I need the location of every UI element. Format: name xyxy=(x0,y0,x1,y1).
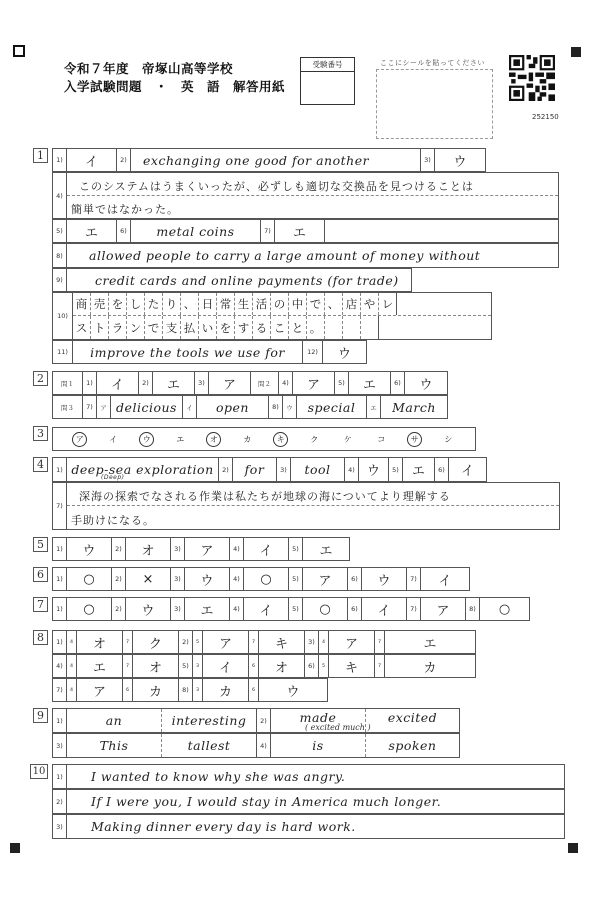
q7-answer-6[interactable]: イ xyxy=(362,598,407,620)
q4-row-1-6: 1) deep-sea exploration (Deep) 2) for 3)… xyxy=(52,457,487,482)
q6-answer-6[interactable]: ウ xyxy=(362,568,407,590)
q7-answer-4[interactable]: イ xyxy=(244,598,289,620)
q3-option-a-circled[interactable]: ア xyxy=(72,432,87,447)
q1-answer-9[interactable]: credit cards and online payments (for tr… xyxy=(67,269,411,291)
grid-char: ト xyxy=(91,316,109,339)
q6-label-2: 2) xyxy=(112,568,126,590)
q9-answer-3b[interactable]: tallest xyxy=(162,734,257,757)
q2-group1-label: 問１ xyxy=(53,372,83,394)
question-number-4: 4 xyxy=(33,457,48,472)
q1-label-12: 12) xyxy=(303,341,323,363)
q5-label-2: 2) xyxy=(112,538,126,560)
question-number-8: 8 xyxy=(33,630,48,645)
q5-label-4: 4) xyxy=(230,538,244,560)
q8-8-answer-2[interactable]: ウ xyxy=(259,679,327,701)
q4-answer-7[interactable]: 深海の探索でなされる作業は私たちが地球の海についてより理解する 手助けになる。 xyxy=(67,483,559,529)
q5-label-3: 3) xyxy=(171,538,185,560)
q4-row-7: 7) 深海の探索でなされる作業は私たちが地球の海についてより理解する 手助けにな… xyxy=(52,482,560,530)
q9-label-3: 3) xyxy=(53,734,67,757)
q8-4-pos2: 7 xyxy=(123,655,133,677)
q3-option-sa-circled[interactable]: サ xyxy=(407,432,422,447)
q5-row: 1) ウ 2) オ 3) ア 4) イ 5) エ xyxy=(52,537,350,561)
question-number-7: 7 xyxy=(33,597,48,612)
q10-answer-2[interactable]: If I were you, I would stay in America m… xyxy=(67,790,564,813)
q2-answer-6[interactable]: ウ xyxy=(405,372,447,394)
q3-option-i[interactable]: イ xyxy=(106,432,121,447)
q1-row-10: 10) 商 売 を し た り 、 日 常 生 活 の 中 で 、 店 や レ … xyxy=(52,292,492,340)
q5-answer-4[interactable]: イ xyxy=(244,538,289,560)
q6-answer-7[interactable]: イ xyxy=(421,568,469,590)
q2-label-7: 7) xyxy=(83,396,97,418)
q6-answer-2[interactable]: × xyxy=(126,568,171,590)
q4-label-3: 3) xyxy=(277,458,291,481)
q2-8-sub-u: ウ xyxy=(283,396,297,418)
q9-answer-1b[interactable]: interesting xyxy=(162,709,257,732)
grid-char: 払 xyxy=(181,316,199,339)
q4-answer-1-note: (Deep) xyxy=(101,474,125,481)
q1-label-11: 11) xyxy=(53,341,73,363)
grid-char: 売 xyxy=(91,293,109,315)
grid-char: の xyxy=(271,293,289,315)
q8-7-answer-2[interactable]: カ xyxy=(133,679,179,701)
question-number-1: 1 xyxy=(33,148,48,163)
q9-answer-2b[interactable]: excited xyxy=(366,709,459,732)
q2-7-sub-a: ア xyxy=(97,396,111,418)
q7-answer-2[interactable]: ウ xyxy=(126,598,171,620)
q6-label-6: 6) xyxy=(348,568,362,590)
grid-char: を xyxy=(217,316,235,339)
q10-label-3: 3) xyxy=(53,815,67,838)
q7-row: 1) ○ 2) ウ 3) エ 4) イ 5) ○ 6) イ 7) ア 8) ○ xyxy=(52,597,530,621)
q9-label-1: 1) xyxy=(53,709,67,732)
q1-label-9: 9) xyxy=(53,269,67,291)
q1-answer-11[interactable]: improve the tools we use for xyxy=(73,341,303,363)
q8-2-answer-1[interactable]: ア xyxy=(203,631,249,653)
q8-5-pos2: 6 xyxy=(249,655,259,677)
q1-answer-4-line1: このシステムはうまくいったが、必ずしも適切な交換品を見つけることは xyxy=(67,173,558,196)
q4-answer-3[interactable]: tool xyxy=(291,458,345,481)
q8-2-answer-2[interactable]: キ xyxy=(259,631,305,653)
q6-label-7: 7) xyxy=(407,568,421,590)
exam-number-label: 受験番号 xyxy=(301,58,354,72)
exam-title-line1: 令和７年度 帝塚山高等学校 xyxy=(64,59,233,77)
q7-label-1: 1) xyxy=(53,598,67,620)
qr-code-icon xyxy=(509,55,555,101)
q5-label-5: 5) xyxy=(289,538,303,560)
q2-label-6: 6) xyxy=(391,372,405,394)
q1-answer-10-row1: 商 売 を し た り 、 日 常 生 活 の 中 で 、 店 や レ xyxy=(73,293,491,316)
q8-7-pos1: 4 xyxy=(67,679,77,701)
q7-answer-3[interactable]: エ xyxy=(185,598,230,620)
q8-8-pos2: 6 xyxy=(249,679,259,701)
q5-answer-3[interactable]: ア xyxy=(185,538,230,560)
q10-label-2: 2) xyxy=(53,790,67,813)
q7-label-3: 3) xyxy=(171,598,185,620)
q4-label-1: 1) xyxy=(53,458,67,481)
q2-label-1: 1) xyxy=(83,372,97,394)
grid-char: こ xyxy=(271,316,289,339)
q3-option-ka[interactable]: カ xyxy=(240,432,255,447)
q8-5-answer-1[interactable]: イ xyxy=(203,655,249,677)
q8-row-2: 4) 4 エ 7 オ 5) 3 イ 6 オ 6) 5 キ 7 カ xyxy=(52,654,476,678)
q1-answer-2[interactable]: exchanging one good for another xyxy=(131,149,421,171)
q9-label-2: 2) xyxy=(257,709,271,732)
q3-option-ko[interactable]: コ xyxy=(374,432,389,447)
q8-label-5: 5) xyxy=(179,655,193,677)
q1-label-1: 1) xyxy=(53,149,67,171)
q8-6-pos1: 5 xyxy=(319,655,329,677)
q4-label-2: 2) xyxy=(219,458,233,481)
grid-char: ス xyxy=(73,316,91,339)
q2-label-5: 5) xyxy=(335,372,349,394)
grid-char: ン xyxy=(127,316,145,339)
q10-row-1: 1) I wanted to know why she was angry. xyxy=(52,764,565,789)
grid-char: る xyxy=(253,316,271,339)
q1-answer-3[interactable]: ウ xyxy=(435,149,485,171)
q3-option-ke[interactable]: ケ xyxy=(340,432,355,447)
q6-label-1: 1) xyxy=(53,568,67,590)
q7-label-2: 2) xyxy=(112,598,126,620)
q10-answer-1[interactable]: I wanted to know why she was angry. xyxy=(67,765,564,788)
q6-answer-5[interactable]: ア xyxy=(303,568,348,590)
q6-row: 1) ○ 2) × 3) ウ 4) ○ 5) ア 6) ウ 7) イ xyxy=(52,567,470,591)
q1-row-5-7-blank xyxy=(325,220,558,242)
q1-row-11-12: 11) improve the tools we use for 12) ウ xyxy=(52,340,367,364)
grid-char: 、 xyxy=(325,293,343,315)
q1-label-8: 8) xyxy=(53,244,67,267)
q4-label-5: 5) xyxy=(389,458,403,481)
q8-3-pos1: 4 xyxy=(319,631,329,653)
q9-row-2: 3) This tallest 4) is spoken xyxy=(52,733,460,758)
q7-label-6: 6) xyxy=(348,598,362,620)
q8-label-6: 6) xyxy=(305,655,319,677)
q1-row-1-3: 1) イ 2) exchanging one good for another … xyxy=(52,148,486,172)
q6-answer-1[interactable]: ○ xyxy=(67,568,112,590)
q1-answer-10-grid[interactable]: 商 売 を し た り 、 日 常 生 活 の 中 で 、 店 や レ ス ト … xyxy=(73,293,491,339)
q2-7-sub-i: イ xyxy=(183,396,197,418)
q7-label-8: 8) xyxy=(466,598,480,620)
q8-8-answer-1[interactable]: カ xyxy=(203,679,249,701)
q2-8-sub-e: エ xyxy=(367,396,381,418)
q2-answer-5[interactable]: エ xyxy=(349,372,391,394)
q8-4-answer-1[interactable]: エ xyxy=(77,655,123,677)
sheet-code-number: 252150 xyxy=(532,113,559,121)
q2-answer-8u[interactable]: special xyxy=(297,396,367,418)
q4-answer-1[interactable]: deep-sea exploration (Deep) xyxy=(67,458,219,481)
q9-answer-4a[interactable]: is xyxy=(271,734,366,757)
q2-label-4: 4) xyxy=(279,372,293,394)
q6-answer-3[interactable]: ウ xyxy=(185,568,230,590)
grid-char: し xyxy=(127,293,145,315)
grid-char: り xyxy=(163,293,181,315)
q8-6-pos2: 7 xyxy=(375,655,385,677)
q1-label-2: 2) xyxy=(117,149,131,171)
exam-number-box[interactable]: 受験番号 xyxy=(300,57,355,105)
q4-answer-6[interactable]: イ xyxy=(449,458,486,481)
q2-label-2: 2) xyxy=(139,372,153,394)
q6-answer-4[interactable]: ○ xyxy=(244,568,289,590)
q3-option-o-circled[interactable]: オ xyxy=(206,432,221,447)
question-number-10: 10 xyxy=(30,764,48,779)
q8-1-answer-2[interactable]: ク xyxy=(133,631,179,653)
grid-char: 中 xyxy=(289,293,307,315)
q8-label-2: 2) xyxy=(179,631,193,653)
q1-answer-12[interactable]: ウ xyxy=(323,341,366,363)
q3-option-ku[interactable]: ク xyxy=(307,432,322,447)
q1-row-4: 4) このシステムはうまくいったが、必ずしも適切な交換品を見つけることは 簡単で… xyxy=(52,172,559,219)
q8-row-1: 1) 4 オ 7 ク 2) 5 ア 7 キ 3) 4 ア 7 エ xyxy=(52,630,476,654)
q2-answer-4[interactable]: ア xyxy=(293,372,335,394)
q8-label-7: 7) xyxy=(53,679,67,701)
question-number-3: 3 xyxy=(33,426,48,441)
q4-answer-2[interactable]: for xyxy=(233,458,277,481)
q2-group2-label: 問２ xyxy=(251,372,279,394)
q2-answer-2[interactable]: エ xyxy=(153,372,195,394)
q2-group3-label: 問３ xyxy=(53,396,83,418)
q3-option-ki-circled[interactable]: キ xyxy=(273,432,288,447)
q8-3-answer-1[interactable]: ア xyxy=(329,631,375,653)
grid-char: 。 xyxy=(307,316,325,339)
q10-answer-3[interactable]: Making dinner every day is hard work. xyxy=(67,815,564,838)
q1-label-5: 5) xyxy=(53,220,67,242)
grid-char: で xyxy=(145,316,163,339)
q1-answer-8[interactable]: allowed people to carry a large amount o… xyxy=(67,244,558,267)
grid-char: レ xyxy=(379,293,397,315)
q5-answer-2[interactable]: オ xyxy=(126,538,171,560)
registration-mark-bottom-left xyxy=(10,843,20,853)
q2-answer-1[interactable]: イ xyxy=(97,372,139,394)
q4-answer-1-text: deep-sea exploration xyxy=(71,462,213,477)
q7-label-4: 4) xyxy=(230,598,244,620)
q8-4-pos1: 4 xyxy=(67,655,77,677)
grid-char: 生 xyxy=(235,293,253,315)
q8-label-3: 3) xyxy=(305,631,319,653)
q2-answer-8e[interactable]: March xyxy=(381,396,447,418)
q1-answer-5[interactable]: エ xyxy=(67,220,117,242)
q1-label-6: 6) xyxy=(117,220,131,242)
q8-1-pos1: 4 xyxy=(67,631,77,653)
q1-label-7: 7) xyxy=(261,220,275,242)
question-number-6: 6 xyxy=(33,567,48,582)
q6-label-4: 4) xyxy=(230,568,244,590)
question-number-5: 5 xyxy=(33,537,48,552)
q8-5-answer-2[interactable]: オ xyxy=(259,655,305,677)
grid-char: で xyxy=(307,293,325,315)
seal-area xyxy=(376,69,493,139)
q8-6-answer-2[interactable]: カ xyxy=(385,655,475,677)
grid-char: す xyxy=(235,316,253,339)
q8-2-pos2: 7 xyxy=(249,631,259,653)
q8-1-answer-1[interactable]: オ xyxy=(77,631,123,653)
q8-5-pos1: 3 xyxy=(193,655,203,677)
grid-char: 活 xyxy=(253,293,271,315)
q3-option-u-circled[interactable]: ウ xyxy=(139,432,154,447)
q8-6-answer-1[interactable]: キ xyxy=(329,655,375,677)
q8-7-pos2: 6 xyxy=(123,679,133,701)
q2-answer-7i[interactable]: open xyxy=(197,396,269,418)
q2-label-8: 8) xyxy=(269,396,283,418)
seal-label: ここにシールを貼ってください xyxy=(380,58,485,68)
q1-answer-6[interactable]: metal coins xyxy=(131,220,261,242)
q5-answer-5[interactable]: エ xyxy=(303,538,349,560)
grid-char xyxy=(343,316,361,339)
q4-answer-5[interactable]: エ xyxy=(403,458,435,481)
grid-char: 商 xyxy=(73,293,91,315)
grid-char: を xyxy=(109,293,127,315)
q1-answer-4[interactable]: このシステムはうまくいったが、必ずしも適切な交換品を見つけることは 簡単ではなか… xyxy=(67,173,558,218)
grid-char: た xyxy=(145,293,163,315)
q1-answer-10-row2: ス ト ラ ン で 支 払 い を す る こ と 。 xyxy=(73,316,491,339)
grid-char: 日 xyxy=(199,293,217,315)
q9-answer-1a[interactable]: an xyxy=(67,709,162,732)
q7-answer-7[interactable]: ア xyxy=(421,598,466,620)
grid-char: ラ xyxy=(109,316,127,339)
q3-option-shi[interactable]: シ xyxy=(441,432,456,447)
q8-label-8: 8) xyxy=(179,679,193,701)
q8-3-pos2: 7 xyxy=(375,631,385,653)
q4-label-4: 4) xyxy=(345,458,359,481)
exam-title-line2: 入学試験問題 ・ 英 語 解答用紙 xyxy=(64,77,285,95)
q4-label-6: 6) xyxy=(435,458,449,481)
q7-answer-1[interactable]: ○ xyxy=(67,598,112,620)
grid-char: 支 xyxy=(163,316,181,339)
grid-char: 店 xyxy=(343,293,361,315)
grid-char: と xyxy=(289,316,307,339)
q7-label-5: 5) xyxy=(289,598,303,620)
q6-label-3: 3) xyxy=(171,568,185,590)
grid-char: い xyxy=(199,316,217,339)
q8-3-answer-2[interactable]: エ xyxy=(385,631,475,653)
grid-char: 、 xyxy=(181,293,199,315)
registration-mark-top-right xyxy=(571,47,581,57)
question-number-2: 2 xyxy=(33,371,48,386)
q2-label-3: 3) xyxy=(195,372,209,394)
q8-label-1: 1) xyxy=(53,631,67,653)
q2-row-1: 問１ 1) イ 2) エ 3) ア 問２ 4) ア 5) エ 6) ウ xyxy=(52,371,448,395)
q6-label-5: 5) xyxy=(289,568,303,590)
q1-row-9: 9) credit cards and online payments (for… xyxy=(52,268,412,292)
q1-label-4: 4) xyxy=(53,173,67,218)
q4-answer-7-line2: 手助けになる。 xyxy=(67,506,559,529)
q9-label-4: 4) xyxy=(257,734,271,757)
q8-2-pos1: 5 xyxy=(193,631,203,653)
q1-answer-1[interactable]: イ xyxy=(67,149,117,171)
q9-answer-2-note: ( excited much ) xyxy=(305,723,371,732)
q4-answer-4[interactable]: ウ xyxy=(359,458,389,481)
registration-mark-bottom-right xyxy=(568,843,578,853)
q10-row-3: 3) Making dinner every day is hard work. xyxy=(52,814,565,839)
q1-label-10: 10) xyxy=(53,293,73,339)
q2-row-2: 問３ 7) ア delicious イ open 8) ウ special エ … xyxy=(52,395,448,419)
q9-row-1: 1) an interesting 2) made excited xyxy=(52,708,460,733)
q3-option-e[interactable]: エ xyxy=(173,432,188,447)
q8-1-pos2: 7 xyxy=(123,631,133,653)
q1-row-8: 8) allowed people to carry a large amoun… xyxy=(52,243,559,268)
q8-4-answer-2[interactable]: オ xyxy=(133,655,179,677)
q8-7-answer-1[interactable]: ア xyxy=(77,679,123,701)
grid-char: や xyxy=(361,293,379,315)
q4-answer-7-line1: 深海の探索でなされる作業は私たちが地球の海についてより理解する xyxy=(67,483,559,506)
q2-answer-7a[interactable]: delicious xyxy=(111,396,183,418)
grid-char xyxy=(361,316,379,339)
q1-answer-4-line2: 簡単ではなかった。 xyxy=(67,196,558,219)
q1-label-3: 3) xyxy=(421,149,435,171)
question-number-9: 9 xyxy=(33,708,48,723)
q1-answer-7[interactable]: エ xyxy=(275,220,325,242)
grid-char: 常 xyxy=(217,293,235,315)
q1-row-5-7: 5) エ 6) metal coins 7) エ xyxy=(52,219,559,243)
q7-answer-8[interactable]: ○ xyxy=(480,598,529,620)
q9-answer-4b[interactable]: spoken xyxy=(366,734,459,757)
q5-answer-1[interactable]: ウ xyxy=(67,538,112,560)
grid-char xyxy=(325,316,343,339)
q8-8-pos1: 3 xyxy=(193,679,203,701)
q3-choices: ア イ ウ エ オ カ キ ク ケ コ サ シ xyxy=(52,427,476,451)
q4-label-7: 7) xyxy=(53,483,67,529)
q5-label-1: 1) xyxy=(53,538,67,560)
registration-mark-top-left xyxy=(13,45,25,57)
q8-label-4: 4) xyxy=(53,655,67,677)
q10-row-2: 2) If I were you, I would stay in Americ… xyxy=(52,789,565,814)
q9-answer-3a[interactable]: This xyxy=(67,734,162,757)
q10-label-1: 1) xyxy=(53,765,67,788)
q7-label-7: 7) xyxy=(407,598,421,620)
q2-answer-3[interactable]: ア xyxy=(209,372,251,394)
q8-row-3: 7) 4 ア 6 カ 8) 3 カ 6 ウ xyxy=(52,678,328,702)
q7-answer-5[interactable]: ○ xyxy=(303,598,348,620)
